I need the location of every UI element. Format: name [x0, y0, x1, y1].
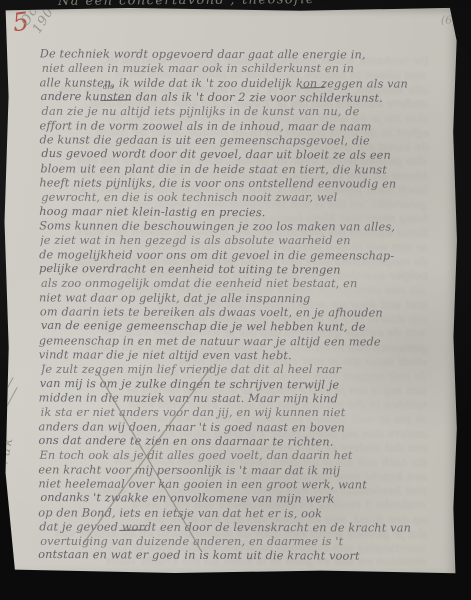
handwritten-line: een kracht voor mij persoonlijk is 't ma… [38, 463, 430, 479]
handwritten-line: Soms kunnen die beschouwingen je zoo los… [39, 219, 431, 235]
handwritten-line: gewrocht, en die is ook technisch nooit … [41, 191, 431, 206]
handwritten-line: ondanks 't zwakke en onvolkomene van mij… [40, 491, 430, 507]
handwritten-line: dat je gevoed wordt een door de levenskr… [39, 520, 430, 536]
handwritten-line: Je zult zeggen mijn lief vriendje dat di… [41, 363, 431, 378]
handwritten-line: je ziet wat in hen gezegd is als absolut… [40, 234, 431, 249]
inserted-word: als [103, 82, 114, 91]
scanned-letter: De techniek wordt opgevoerd daar gaat al… [0, 0, 471, 600]
handwritten-line: niet alleen in muziek maar ook in schild… [42, 62, 432, 77]
handwritten-line: ons dat andere te zien en ons daarnaar t… [38, 434, 430, 450]
handwritten-line: anders dan wij doen, maar 't is goed naa… [39, 420, 431, 436]
paper-sheet: De techniek wordt opgevoerd daar gaat al… [1, 5, 461, 576]
header-annotation: Na een concertavond ; theosofie [58, 0, 315, 10]
handwritten-line: alle kunsten, ik wilde dat ik 't zoo dui… [40, 76, 432, 92]
handwritten-line: De techniek wordt opgevoerd daar gaat al… [40, 47, 432, 63]
handwritten-line: heeft niets pijnlijks, die is voor ons o… [39, 176, 431, 192]
handwritten-line: ontstaan en wat er goed in is komt uit d… [38, 548, 430, 564]
handwritten-line: niet wat daar op gelijkt, dat je alle in… [39, 291, 431, 307]
handwritten-line: effort in de vorm zoowel als in de inhou… [39, 119, 431, 135]
handwritten-line: vindt maar die je niet altijd even vast … [39, 348, 431, 364]
page-number: (6) [441, 15, 457, 27]
handwritten-line: de mogelijkheid voor ons om dit gevoel i… [39, 248, 431, 264]
handwritten-line: midden in die muziek van nu staat. Maar … [39, 391, 431, 407]
handwritten-line: dus gevoed wordt door dit gevoel, daar u… [41, 147, 431, 163]
handwritten-line: hoog maar niet klein-lastig en precies. [39, 205, 431, 221]
handwritten-line: van de eenige gemeenschap die je wel heb… [41, 319, 431, 335]
handwritten-line: bloem uit een plant die in de heide staa… [40, 162, 431, 178]
handwritten-line: pelijke overdracht en eenheid tot uiting… [39, 262, 431, 278]
letter-body: De techniek wordt opgevoerd daar gaat al… [38, 47, 432, 572]
handwritten-line: gemeenschap in en met de natuur waar je … [39, 334, 431, 350]
handwritten-line: dan zie je nu altijd iets pijnlijks in d… [42, 105, 432, 120]
handwritten-line: ik sta er niet anders voor dan jij, en w… [41, 406, 431, 421]
handwritten-line: van mij is om je zulke dingen te schrijv… [40, 377, 431, 393]
handwritten-line: En toch ook als je dit alles goed voelt,… [39, 449, 430, 464]
margin-annotation: Indruk [0, 435, 16, 493]
handwritten-line: op den Bond, iets en ietsje van dat het … [38, 506, 430, 522]
handwritten-line: als zoo onmogelijk omdat die eenheid nie… [41, 277, 431, 292]
handwritten-line: andere kunsten dan als ik 't door 2 zie … [41, 90, 432, 106]
